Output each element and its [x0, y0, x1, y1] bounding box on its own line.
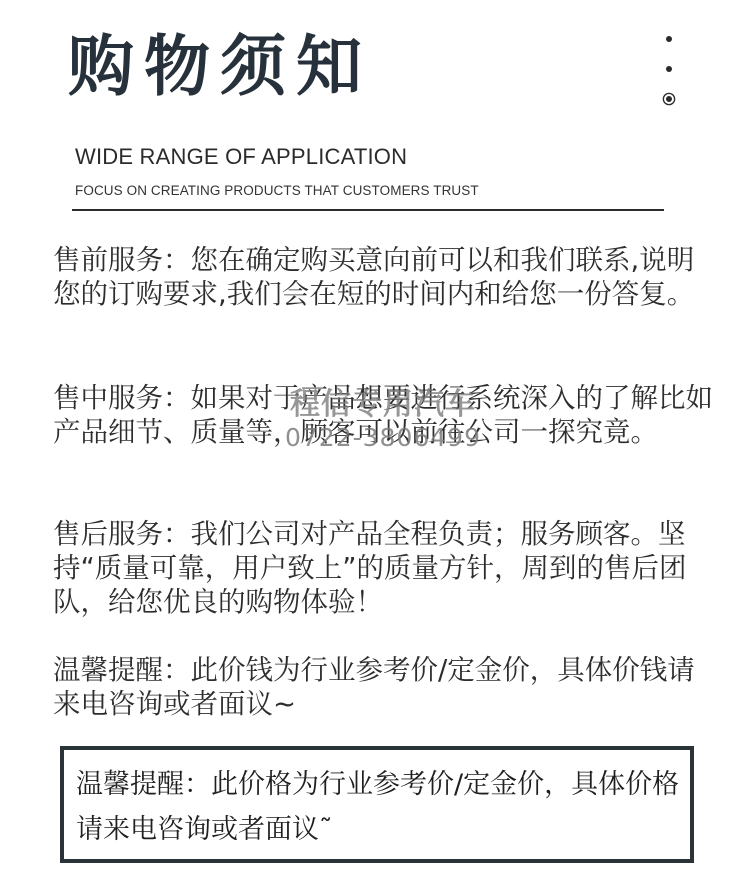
section-reminder: 温馨提醒：此价钱为行业参考价/定金价，具体价钱请来电咨询或者面议~: [53, 653, 713, 721]
dot-icon: [666, 66, 672, 72]
section-label: 温馨提醒：: [53, 654, 191, 686]
decorative-dots: [660, 30, 680, 110]
section-pre-sale: 售前服务：您在确定购买意向前可以和我们联系,说明您的订购要求,我们会在短的时间内…: [53, 243, 713, 311]
dot-icon: [666, 36, 672, 42]
ring-dot-icon: [664, 94, 674, 104]
notice-text: 温馨提醒：此价格为行业参考价/定金价，具体价格请来电咨询或者面议˜: [76, 762, 686, 852]
section-in-sale: 售中服务：如果对于产品想要进行系统深入的了解比如产品细节、质量等，顾客可以前往公…: [53, 381, 713, 449]
section-label: 售中服务：: [53, 382, 191, 414]
tagline: FOCUS ON CREATING PRODUCTS THAT CUSTOMER…: [75, 183, 479, 198]
page-title: 购物须知: [68, 34, 372, 100]
notice-box: 温馨提醒：此价格为行业参考价/定金价，具体价格请来电咨询或者面议˜: [60, 746, 694, 863]
section-after-sale: 售后服务：我们公司对产品全程负责；服务顾客。坚持“质量可靠，用户致上”的质量方针…: [53, 517, 713, 619]
section-label: 售后服务：: [53, 518, 191, 550]
header-divider: [72, 209, 664, 211]
subtitle: WIDE RANGE OF APPLICATION: [75, 144, 407, 170]
section-label: 售前服务：: [53, 244, 191, 276]
